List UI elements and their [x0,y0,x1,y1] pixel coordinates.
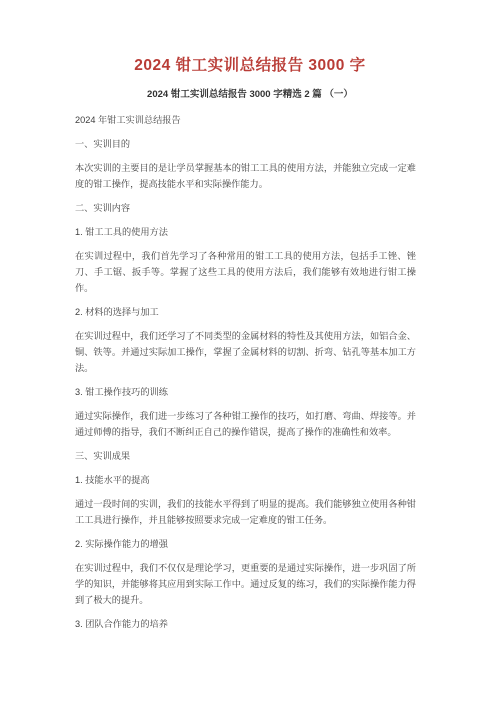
doc-title: 2024 年钳工实训总结报告 [75,112,416,128]
paragraph: 通过一段时间的实训，我们的技能水平得到了明显的提高。我们能够独立使用各种钳工工具… [75,496,416,528]
document-page: 2024 钳工实训总结报告 3000 字 2024 钳工实训总结报告 3000 … [0,0,500,707]
section-heading: 二、实训内容 [75,200,416,216]
sub-heading: 2. 材料的选择与加工 [75,304,416,320]
sub-heading: 3. 钳工操作技巧的训练 [75,384,416,400]
paragraph: 在实训过程中，我们首先学习了各种常用的钳工工具的使用方法，包括手工锉、锉刀、手工… [75,248,416,296]
document-body: 2024 年钳工实训总结报告 一、实训目的 本次实训的主要目的是让学员掌握基本的… [75,112,416,632]
paragraph: 在实训过程中，我们不仅仅是理论学习，更重要的是通过实际操作，进一步巩固了所学的知… [75,560,416,608]
section-heading: 一、实训目的 [75,136,416,152]
sub-heading: 2. 实际操作能力的增强 [75,536,416,552]
sub-heading: 1. 钳工工具的使用方法 [75,224,416,240]
page-subtitle: 2024 钳工实训总结报告 3000 字精选 2 篇 （一） [0,88,500,102]
page-title: 2024 钳工实训总结报告 3000 字 [0,0,500,76]
sub-heading: 1. 技能水平的提高 [75,472,416,488]
paragraph: 通过实际操作，我们进一步练习了各种钳工操作的技巧，如打磨、弯曲、焊接等。并通过师… [75,408,416,440]
paragraph: 本次实训的主要目的是让学员掌握基本的钳工工具的使用方法，并能独立完成一定难度的钳… [75,160,416,192]
paragraph: 在实训过程中，我们还学习了不同类型的金属材料的特性及其使用方法，如铝合金、铜、铁… [75,328,416,376]
sub-heading: 3. 团队合作能力的培养 [75,616,416,632]
section-heading: 三、实训成果 [75,448,416,464]
